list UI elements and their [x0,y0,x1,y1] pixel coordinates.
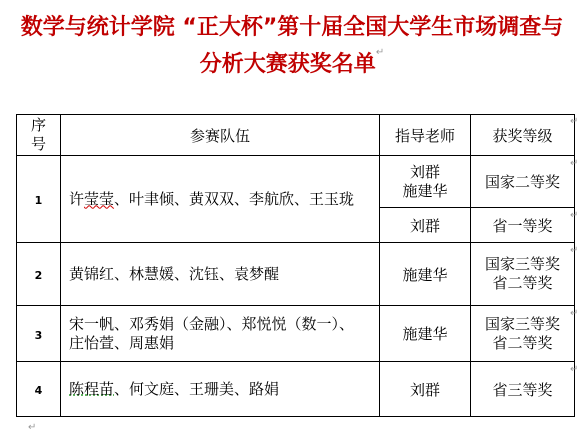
table-row: 1 许莹莹、叶聿倾、黄双双、李航欣、王玉珑 刘群 施建华 国家二等奖 [17,156,575,208]
row-award: 国家三等奖 省二等奖 [471,243,575,306]
paragraph-mark-icon: ↵ [570,308,578,319]
row-index-value: 4 [35,384,43,397]
row-index: 2 [17,243,61,306]
advisor-name: 刘群 [380,163,470,182]
team-names: 陈程苗、何文庭、王珊美、路娟 [69,380,279,399]
row-team: 许莹莹、叶聿倾、黄双双、李航欣、王玉珑 [61,156,380,243]
header-index-line-1: 序 [17,116,60,135]
table-row: 2 黄锦红、林慧媛、沈钰、袁梦醒 施建华 国家三等奖 省二等奖 [17,243,575,306]
paragraph-mark-icon: ↵ [28,422,36,433]
row-index: 1 [17,156,61,243]
header-team: 参赛队伍 [61,115,380,156]
team-name-spellcheck: 莹莹 [84,190,114,208]
team-names-line-2: 庄怡萱、周惠娟 [69,334,379,353]
row-index: 3 [17,306,61,362]
row-team: 陈程苗、何文庭、王珊美、路娟 [61,362,380,417]
row-advisor: 刘群 [380,362,471,417]
awards-table: 序 号 参赛队伍 指导老师 获奖等级 1 许莹莹、叶聿倾、黄双双、李航欣、王玉珑… [16,114,575,417]
row-award: 国家二等奖 [471,156,575,208]
paragraph-mark-icon: ↵ [570,158,578,169]
row-advisor: 刘群 [380,208,471,243]
table-row: 4 陈程苗、何文庭、王珊美、路娟 刘群 省三等奖 [17,362,575,417]
row-team: 宋一帆、邓秀娟（金融）、郑悦悦（数一）、 庄怡萱、周惠娟 [61,306,380,362]
team-names: 黄锦红、林慧媛、沈钰、袁梦醒 [69,265,279,284]
team-names: 许莹莹、叶聿倾、黄双双、李航欣、王玉珑 [69,190,354,209]
table-row: 3 宋一帆、邓秀娟（金融）、郑悦悦（数一）、 庄怡萱、周惠娟 施建华 国家三等奖… [17,306,575,362]
row-index-value: 1 [35,194,43,207]
table-header-row: 序 号 参赛队伍 指导老师 获奖等级 [17,115,575,156]
header-award: 获奖等级 [471,115,575,156]
row-award: 省三等奖 [471,362,575,417]
header-index: 序 号 [17,115,61,156]
advisor-name: 施建华 [380,182,470,201]
row-advisor: 刘群 施建华 [380,156,471,208]
row-index-value: 2 [35,269,43,282]
row-advisor: 施建华 [380,243,471,306]
document-title-line-1: 数学与统计学院 “正大杯”第十届全国大学生市场调查与 [0,10,584,41]
paragraph-mark-icon: ↵ [376,47,384,58]
paragraph-mark-icon: ↵ [570,245,578,256]
row-advisor: 施建华 [380,306,471,362]
award-level: 国家三等奖 [471,315,574,334]
title-text-2: 分析大赛获奖名单 [200,52,376,77]
row-index: 4 [17,362,61,417]
title-text-1: 数学与统计学院 “正大杯”第十届全国大学生市场调查与 [21,15,564,40]
paragraph-mark-icon: ↵ [570,116,578,127]
team-names-line-1: 宋一帆、邓秀娟（金融）、郑悦悦（数一）、 [69,315,379,334]
row-award: 省一等奖 [471,208,575,243]
row-team: 黄锦红、林慧媛、沈钰、袁梦醒 [61,243,380,306]
award-level: 国家三等奖 [471,255,574,274]
paragraph-mark-icon: ↵ [570,364,578,375]
team-name-part: 许 [69,190,84,208]
award-level: 省二等奖 [471,334,574,353]
paragraph-mark-icon: ↵ [570,210,578,221]
header-advisor: 指导老师 [380,115,471,156]
team-name-grammarcheck: 陈程苗 [69,380,114,398]
document-title-line-2: 分析大赛获奖名单↵ [0,47,584,78]
row-award: 国家三等奖 省二等奖 [471,306,575,362]
row-index-value: 3 [35,329,43,342]
header-index-line-2: 号 [17,135,60,154]
award-level: 省二等奖 [471,274,574,293]
team-name-part: 、何文庭、王珊美、路娟 [114,380,279,398]
team-name-part: 、叶聿倾、黄双双、李航欣、王玉珑 [114,190,354,208]
